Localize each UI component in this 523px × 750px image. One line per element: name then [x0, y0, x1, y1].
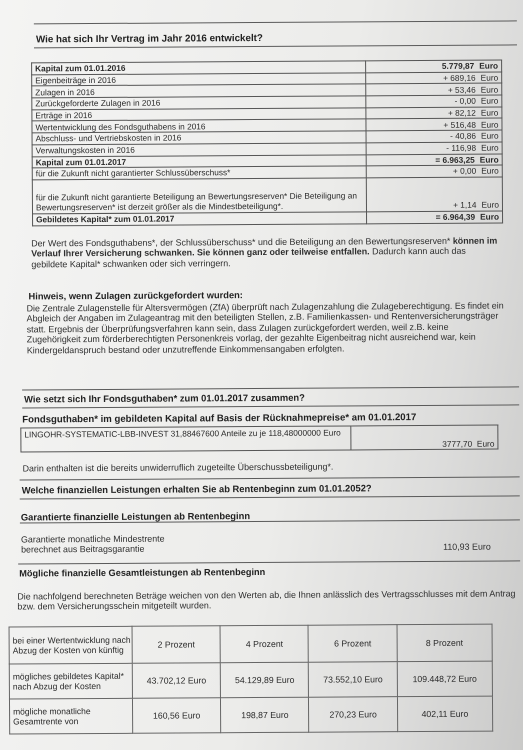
amount: - 116,98 [446, 143, 476, 153]
unit: Euro [481, 131, 499, 141]
capital-row-value: = 6.964,39Euro [367, 211, 503, 224]
fund-name: LINGOHR-SYSTEMATIC-LBB-INVEST 31,8846760… [21, 426, 351, 452]
guaranteed-label-line-2: berechnet aus Beitragsgarantie [21, 544, 165, 555]
capital-row: Gebildetes Kapital* zum 01.01.2017= 6.96… [33, 211, 503, 226]
amount: - 40,86 [450, 131, 476, 141]
projection-row-label: mögliche monatliche Gesamtrente von [9, 698, 132, 734]
fund-row: LINGOHR-SYSTEMATIC-LBB-INVEST 31,8846760… [21, 425, 498, 452]
guaranteed-label: Garantierte monatliche Mindestrente bere… [21, 534, 165, 556]
guaranteed-value: 110,93 Euro [443, 542, 491, 552]
amount: - 0,00 [455, 96, 476, 106]
amount: + 689,16 [443, 73, 476, 83]
hinweis-title: Hinweis, wenn Zulagen zurückgefordert wu… [28, 290, 242, 301]
divider [22, 386, 519, 390]
projection-value: 73.552,10 Euro [309, 662, 397, 698]
unit: Euro [481, 72, 499, 82]
projection-column-header: 2 Prozent [132, 626, 220, 664]
fund-table: LINGOHR-SYSTEMATIC-LBB-INVEST 31,8846760… [20, 425, 498, 453]
projection-column-header: 4 Prozent [220, 625, 308, 663]
fund-value: 3777,70 Euro [351, 425, 498, 450]
capital-row-value: = 6.963,25Euro [366, 154, 502, 167]
capital-row-value: + 0,00Euro [366, 165, 502, 178]
projection-row: mögliche monatliche Gesamtrente von160,5… [9, 696, 492, 734]
capital-row-value: + 53,46Euro [366, 83, 502, 96]
amount: 5.779,87 [442, 61, 474, 71]
section-title-contract-development: Wie hat sich Ihr Vertrag im Jahr 2016 en… [36, 33, 263, 45]
projection-header-label: bei einer Wertentwicklung nach Abzug der… [9, 626, 132, 664]
projection-value: 198,87 Euro [221, 697, 309, 733]
projection-value: 54.129,89 Euro [220, 662, 308, 698]
amount: + 516,48 [443, 119, 476, 129]
fund-note: Darin enthalten ist die bereits unwiderr… [23, 462, 334, 474]
unit: Euro [481, 107, 499, 117]
divider [20, 476, 520, 480]
capital-row-value: - 40,86Euro [366, 130, 502, 143]
divider [34, 44, 517, 48]
divider [18, 560, 520, 564]
projection-value: 109.448,72 Euro [397, 661, 493, 697]
amount: + 53,46 [448, 84, 476, 94]
fund-subtitle: Fondsguthaben* im gebildeten Kapital auf… [22, 412, 416, 425]
amount: = 6.964,39 [436, 212, 476, 222]
section-title-fund-composition: Wie setzt sich Ihr Fondsguthaben* zum 01… [24, 392, 305, 405]
unit: Euro [481, 119, 499, 129]
projection-table: bei einer Wertentwicklung nach Abzug der… [9, 624, 494, 735]
amount: + 1,14 [453, 200, 476, 210]
amount: + 0,00 [453, 166, 476, 176]
volatility-note: Der Wert des Fondsguthabens*, der Schlus… [31, 236, 501, 270]
capital-row-value: + 516,48Euro [366, 118, 502, 131]
divider [34, 20, 517, 24]
projection-value: 270,23 Euro [309, 697, 397, 733]
unit: Euro [481, 166, 499, 176]
capital-row-value: - 116,98Euro [366, 142, 502, 155]
fund-unit: Euro [477, 439, 495, 449]
projection-value: 402,11 Euro [397, 696, 493, 732]
divider [22, 404, 519, 408]
projection-row: mögliches gebildetes Kapital* nach Abzug… [9, 661, 492, 699]
projection-value: 160,56 Euro [132, 698, 220, 734]
document-page: Wie hat sich Ihr Vertrag im Jahr 2016 en… [0, 0, 523, 750]
projection-header-row: bei einer Wertentwicklung nach Abzug der… [9, 624, 492, 664]
possible-title: Mögliche finanzielle Gesamtleistungen ab… [19, 567, 265, 579]
projection-column-header: 8 Prozent [397, 624, 493, 662]
divider [20, 495, 520, 499]
amount: = 6.963,25 [435, 154, 475, 164]
unit: Euro [479, 61, 498, 71]
capital-row-label: Gebildetes Kapital* zum 01.01.2017 [33, 212, 367, 226]
unit: Euro [481, 200, 499, 210]
capital-row-value: + 1,14Euro [366, 177, 502, 212]
section-title-benefits: Welche finanziellen Leistungen erhalten … [22, 482, 372, 495]
capital-row-value: + 82,12Euro [366, 107, 502, 120]
capital-row-value: + 689,16Euro [366, 72, 502, 85]
projection-column-header: 6 Prozent [308, 625, 396, 663]
capital-row: für die Zukunft nicht garantierte Beteil… [32, 177, 502, 214]
capital-row-label: für die Zukunft nicht garantierte Beteil… [32, 178, 366, 214]
fund-amount: 3777,70 [442, 439, 472, 449]
unit: Euro [481, 84, 499, 94]
possible-text: Die nachfolgend berechneten Beträge weic… [17, 588, 517, 612]
capital-development-table: Kapital zum 01.01.20165.779,87EuroEigenb… [31, 60, 503, 226]
projection-value: 43.702,12 Euro [132, 663, 220, 699]
amount: + 82,12 [448, 108, 476, 118]
unit: Euro [481, 143, 499, 153]
unit: Euro [480, 212, 499, 222]
hinweis-text: Die Zentrale Zulagenstelle für Altersver… [27, 301, 505, 356]
unit: Euro [481, 96, 499, 106]
capital-row-value: - 0,00Euro [366, 95, 502, 108]
capital-row-value: 5.779,87Euro [366, 60, 502, 73]
projection-row-label: mögliches gebildetes Kapital* nach Abzug… [9, 663, 132, 699]
unit: Euro [480, 154, 499, 164]
